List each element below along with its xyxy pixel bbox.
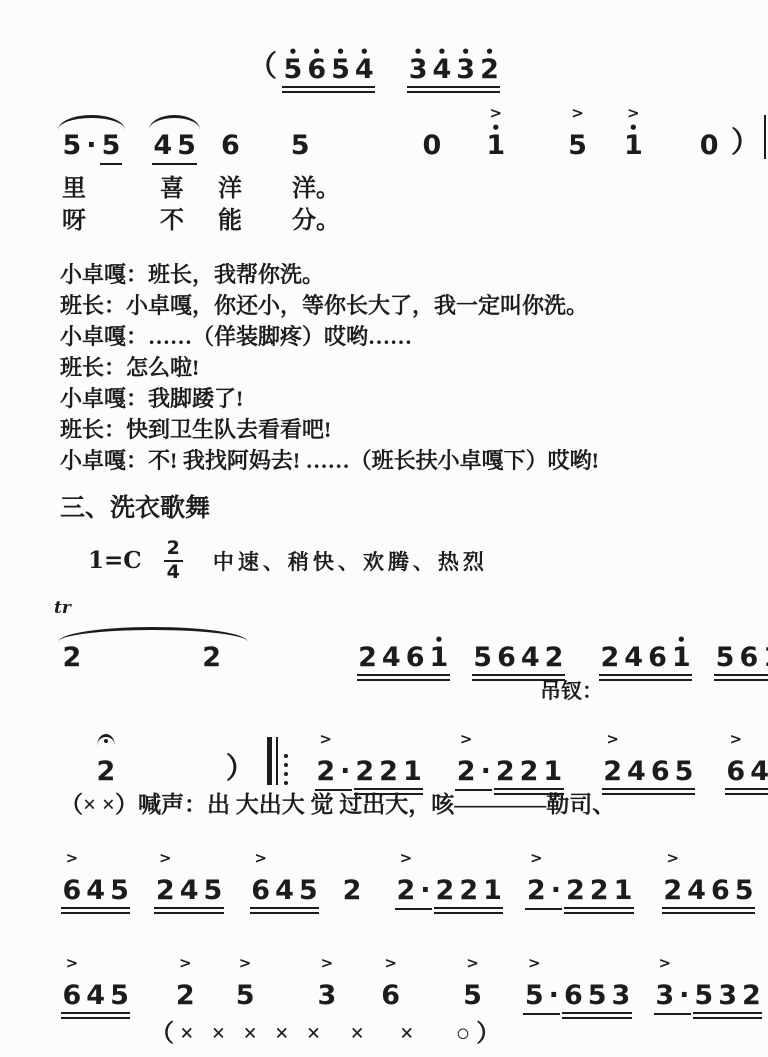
- accent-mark: >: [249, 851, 273, 866]
- note-digit: 5: [672, 758, 696, 785]
- octave-dot: •: [478, 45, 502, 60]
- note-digit: 6>: [60, 982, 84, 1009]
- note-figures: 5>: [461, 982, 485, 1009]
- note-figures: 2>·: [454, 758, 493, 785]
- octave-dot: •: [427, 633, 451, 648]
- note-digit: 2>: [173, 982, 197, 1009]
- accent-mark: >: [653, 956, 677, 971]
- note-group: 3>·532: [653, 982, 763, 1009]
- dialogue-line: 班长：快到卫生队去看看吧!: [60, 414, 768, 445]
- note-figures: 2: [60, 644, 84, 671]
- note-group: 6>: [379, 982, 403, 1009]
- note-group: 5>: [233, 982, 257, 1009]
- percussion-label: 吊钗：: [0, 679, 768, 703]
- accent-mark: >: [315, 956, 339, 971]
- lyric-syllable: 里: [62, 173, 160, 205]
- note-figures: 2: [94, 758, 118, 785]
- note-digit: 2>: [601, 758, 625, 785]
- octave-dot: •: [430, 45, 454, 60]
- note-digit: 5>: [566, 132, 590, 159]
- accent-mark: >: [724, 732, 748, 747]
- note-figures: ·: [84, 132, 99, 159]
- note-digit: 5: [288, 132, 312, 159]
- note-digit: 2>: [661, 877, 685, 904]
- note-group: 2>·221: [454, 758, 564, 785]
- note-figures: 5•6•5•4•: [281, 56, 376, 83]
- octave-dot: •: [484, 121, 508, 136]
- note-digit: 2: [587, 877, 611, 904]
- note-group: 2461•: [356, 644, 451, 671]
- note-digit: 6: [737, 644, 761, 671]
- note-figures: 2: [340, 877, 364, 904]
- note-group: 0: [697, 132, 721, 159]
- note-figures: 1•>: [484, 132, 508, 159]
- music-line-pickup: （5•6•5•4•3•4•3•2•: [0, 34, 768, 91]
- octave-dot: •: [406, 45, 430, 60]
- dialogue-line: 班长：怎么啦!: [60, 352, 768, 383]
- note-digit: 4: [379, 644, 403, 671]
- note-group: 2>·221: [394, 877, 504, 904]
- note-figures: 5642: [471, 644, 566, 671]
- note-digit: 5: [585, 982, 609, 1009]
- note-group: 1•>: [621, 132, 645, 159]
- accent-mark: >: [314, 732, 338, 747]
- note-group: 2: [200, 644, 224, 671]
- note-digit: ·: [677, 982, 692, 1009]
- note-group: 2>·221: [524, 877, 634, 904]
- note-digit: ·: [546, 982, 561, 1009]
- note-digit: ·: [548, 877, 563, 904]
- octave-dot: •: [305, 45, 329, 60]
- note-digit: 1•: [761, 644, 768, 671]
- note-digit: ·: [338, 758, 353, 785]
- note-digit: 2: [739, 982, 763, 1009]
- accent-mark: >: [601, 732, 625, 747]
- note-figures: 5>: [566, 132, 590, 159]
- lyric-syllable: 能: [218, 205, 292, 237]
- note-group: 2: [340, 877, 364, 904]
- note-digit: 0: [420, 132, 444, 159]
- note-figures: 221: [433, 877, 504, 904]
- note-figures: 2>465: [601, 758, 696, 785]
- note-figures: 2>·: [394, 877, 433, 904]
- note-digit: 4: [748, 758, 768, 785]
- slur-arc: [149, 115, 201, 130]
- note-digit: 5: [692, 982, 716, 1009]
- note-group: 6>45: [60, 982, 131, 1009]
- note-figures: 45: [151, 132, 199, 159]
- accent-mark: >: [566, 106, 590, 121]
- music-line-repeat: 2）2>·2212>·2212>4656>45: [0, 703, 768, 789]
- note-digit: 1: [400, 758, 424, 785]
- note-figures: 0: [420, 132, 444, 159]
- note-digit: 1: [481, 877, 505, 904]
- note-group: 5: [288, 132, 312, 159]
- octave-dot: •: [281, 45, 305, 60]
- note-digit: 5•: [329, 56, 353, 83]
- lyric-syllable: 喜: [160, 173, 218, 205]
- note-group: 5>·653: [522, 982, 632, 1009]
- note-figures: 221: [563, 877, 634, 904]
- time-signature-denominator: 4: [167, 562, 180, 584]
- note-group: 45: [151, 132, 199, 159]
- note-digit: 6>: [379, 982, 403, 1009]
- dialogue-line: 小卓嘎：不! 我找阿妈去! ……（班长扶小卓嘎下）哎哟!: [60, 445, 768, 476]
- note-group: 5•6•5•4•: [281, 56, 376, 83]
- note-group: 6: [218, 132, 242, 159]
- dialogue-line: 小卓嘎：……（佯装脚疼）哎哟……: [60, 321, 768, 352]
- note-digit: 5: [108, 982, 132, 1009]
- accent-mark: >: [153, 851, 177, 866]
- note-figures: 2>45: [153, 877, 224, 904]
- note-digit: 6•: [305, 56, 329, 83]
- note-digit: 2: [60, 644, 84, 671]
- note-figures: 6>45: [724, 758, 768, 785]
- note-figures: 5>·: [522, 982, 561, 1009]
- note-digit: 2>: [524, 877, 548, 904]
- note-digit: 2: [563, 877, 587, 904]
- note-digit: 6: [708, 877, 732, 904]
- note-digit: 2: [542, 644, 566, 671]
- note-figures: 2>465: [661, 877, 756, 904]
- final-barline: [764, 115, 768, 159]
- note-group: 2: [94, 758, 118, 785]
- note-figures: 5: [288, 132, 312, 159]
- note-digit: 3: [609, 982, 633, 1009]
- note-digit: 2•: [478, 56, 502, 83]
- section-title: 三、洗衣歌舞: [0, 494, 768, 524]
- note-digit: 2: [200, 644, 224, 671]
- note-digit: 4: [625, 758, 649, 785]
- music-line-trill: 2tr22461•56422461•561•3•: [0, 584, 768, 679]
- note-figures: 1•>: [621, 132, 645, 159]
- note-digit: 3>: [315, 982, 339, 1009]
- note-digit: 3•: [454, 56, 478, 83]
- note-digit: 5•: [281, 56, 305, 83]
- note-digit: ·: [418, 877, 433, 904]
- note-figures: 2>: [173, 982, 197, 1009]
- accent-mark: >: [522, 956, 546, 971]
- note-figures: 3>·: [653, 982, 692, 1009]
- octave-dot: •: [761, 633, 768, 648]
- note-figures: 6>45: [60, 877, 131, 904]
- note-digit: 6>: [60, 877, 84, 904]
- note-group: 3>: [315, 982, 339, 1009]
- octave-dot: •: [454, 45, 478, 60]
- note-digit: 5: [732, 877, 756, 904]
- note-digit: 6: [495, 644, 519, 671]
- dialogue-block: 小卓嘎：班长，我帮你洗。班长：小卓嘎，你还小，等你长大了，我一定叫你洗。小卓嘎：…: [0, 259, 768, 476]
- note-digit: 5>: [522, 982, 546, 1009]
- note-group: 6>45: [60, 877, 131, 904]
- accent-mark: >: [484, 106, 508, 121]
- note-group: 2>·221: [314, 758, 424, 785]
- trill-mark: tr: [54, 600, 71, 617]
- note-figures: 561•3•: [713, 644, 768, 671]
- note-digit: 2: [356, 644, 380, 671]
- note-digit: ·: [478, 758, 493, 785]
- note-figures: 0: [697, 132, 721, 159]
- note-digit: 2: [598, 644, 622, 671]
- note-figures: 221: [493, 758, 564, 785]
- accent-mark: >: [233, 956, 257, 971]
- note-group: 5>: [461, 982, 485, 1009]
- note-group: 5>: [566, 132, 590, 159]
- accent-mark: >: [379, 956, 403, 971]
- note-digit: 4•: [352, 56, 376, 83]
- lyric-syllable: 洋。: [292, 173, 340, 205]
- note-group: 561•3•: [713, 644, 768, 671]
- note-digit: 4: [84, 877, 108, 904]
- note-digit: 5: [99, 132, 123, 159]
- dialogue-line: 小卓嘎：我脚踒了!: [60, 383, 768, 414]
- note-digit: 2: [493, 758, 517, 785]
- note-digit: 1•: [427, 644, 451, 671]
- note-digit: 2>: [153, 877, 177, 904]
- note-digit: 4•: [430, 56, 454, 83]
- note-digit: 6>: [724, 758, 748, 785]
- note-figures: 6>45: [60, 982, 131, 1009]
- accent-mark: >: [394, 851, 418, 866]
- accent-mark: >: [461, 956, 485, 971]
- lyric-syllable: 呀: [62, 205, 160, 237]
- note-digit: 2>: [454, 758, 478, 785]
- note-digit: 5: [175, 132, 199, 159]
- octave-dot: •: [669, 633, 693, 648]
- note-group: 2>465: [601, 758, 696, 785]
- slur-arc: [58, 627, 248, 642]
- note-figures: 5: [60, 132, 84, 159]
- note-figures: 532: [692, 982, 763, 1009]
- music-paren: ）: [731, 128, 760, 159]
- music-paren: （: [248, 52, 277, 83]
- lyric-syllable: 洋: [218, 173, 292, 205]
- accent-mark: >: [621, 106, 645, 121]
- note-group: 2tr: [60, 644, 84, 671]
- music-line-pattern-1: 6>452>456>4522>·2212>·2212>4656>456>452>…: [0, 831, 768, 920]
- note-digit: 3: [716, 982, 740, 1009]
- note-figures: 2: [200, 644, 224, 671]
- note-digit: 5: [471, 644, 495, 671]
- note-group: 3•4•3•2•: [406, 56, 501, 83]
- note-digit: 2>: [314, 758, 338, 785]
- music-line-vocal: 5·5456501•>5>1•>0）: [0, 91, 768, 173]
- note-group: 5642: [471, 644, 566, 671]
- note-figures: 3•4•3•2•: [406, 56, 501, 83]
- slur-arc: [58, 115, 125, 130]
- lyric-row-2: 呀不能分。: [0, 205, 768, 237]
- note-digit: 5: [201, 877, 225, 904]
- note-digit: 4: [518, 644, 542, 671]
- note-figures: 221: [353, 758, 424, 785]
- note-digit: 4: [177, 877, 201, 904]
- sheet-music-page: （5•6•5•4•3•4•3•2• 5·5456501•>5>1•>0） 里喜洋…: [0, 0, 768, 1057]
- note-figures: 6: [218, 132, 242, 159]
- note-group: 5·5: [60, 132, 123, 159]
- music-line-pattern-2: 6>452>5>3>6>5>5>·6533>·5321•>·2166•: [0, 936, 768, 1025]
- accent-mark: >: [454, 732, 478, 747]
- note-digit: ·: [84, 132, 99, 159]
- note-digit: 3>: [653, 982, 677, 1009]
- note-digit: 1•>: [621, 132, 645, 159]
- note-group: 1•>: [484, 132, 508, 159]
- note-digit: 5>: [461, 982, 485, 1009]
- note-digit: 1•: [669, 644, 693, 671]
- accent-mark: >: [60, 851, 84, 866]
- note-digit: 2: [340, 877, 364, 904]
- note-digit: 5: [60, 132, 84, 159]
- note-group: 6>45: [249, 877, 320, 904]
- note-figures: 3>: [315, 982, 339, 1009]
- note-group: 6>45: [724, 758, 768, 785]
- note-figures: 653: [561, 982, 632, 1009]
- accent-mark: >: [60, 956, 84, 971]
- key-signature: 1=C: [88, 547, 142, 574]
- note-figures: 2461•: [356, 644, 451, 671]
- note-group: 2>45: [153, 877, 224, 904]
- note-digit: 6: [561, 982, 585, 1009]
- note-digit: 4: [685, 877, 709, 904]
- note-figures: 5>: [233, 982, 257, 1009]
- note-figures: 2461•: [598, 644, 693, 671]
- key-signature-line: 1=C 2 4 中速、稍快、欢腾、热烈: [0, 538, 768, 584]
- note-digit: 5: [296, 877, 320, 904]
- note-digit: 4: [151, 132, 175, 159]
- accent-mark: >: [173, 956, 197, 971]
- note-digit: 1: [541, 758, 565, 785]
- note-digit: 6: [648, 758, 672, 785]
- note-group: 2>: [173, 982, 197, 1009]
- note-digit: 1•>: [484, 132, 508, 159]
- lyric-row-1: 里喜洋洋。: [0, 173, 768, 205]
- dialogue-line: 班长：小卓嘎，你还小，等你长大了，我一定叫你洗。: [60, 290, 768, 321]
- note-figures: 2>·: [314, 758, 353, 785]
- note-digit: 2: [517, 758, 541, 785]
- note-digit: 2: [457, 877, 481, 904]
- lyric-syllable: 分。: [292, 205, 340, 237]
- note-group: 2>465: [661, 877, 756, 904]
- note-digit: 6: [646, 644, 670, 671]
- note-digit: 2: [353, 758, 377, 785]
- note-group: 0: [420, 132, 444, 159]
- lyric-syllable: 不: [160, 205, 218, 237]
- note-digit: 2: [94, 758, 118, 785]
- note-digit: 1: [611, 877, 635, 904]
- note-digit: 2: [377, 758, 401, 785]
- accent-mark: >: [661, 851, 685, 866]
- note-digit: 5: [108, 877, 132, 904]
- accent-mark: >: [524, 851, 548, 866]
- note-figures: 2>·: [524, 877, 563, 904]
- note-digit: 2>: [394, 877, 418, 904]
- octave-dot: •: [352, 45, 376, 60]
- octave-dot: •: [329, 45, 353, 60]
- note-digit: 5>: [233, 982, 257, 1009]
- note-digit: 6: [403, 644, 427, 671]
- tempo-marking: 中速、稍快、欢腾、热烈: [213, 546, 488, 576]
- music-paren: ）: [226, 754, 255, 785]
- begin-repeat-barline: [267, 737, 288, 785]
- note-figures: 6>: [379, 982, 403, 1009]
- note-digit: 6>: [249, 877, 273, 904]
- time-signature: 2 4: [164, 538, 183, 584]
- note-figures: 5: [99, 132, 123, 159]
- note-figures: 6>45: [249, 877, 320, 904]
- note-digit: 2: [433, 877, 457, 904]
- note-digit: 0: [697, 132, 721, 159]
- note-digit: 4: [84, 982, 108, 1009]
- time-signature-numerator: 2: [164, 538, 183, 562]
- note-digit: 4: [622, 644, 646, 671]
- note-digit: 4: [273, 877, 297, 904]
- dialogue-line: 小卓嘎：班长，我帮你洗。: [60, 259, 768, 290]
- note-digit: 6: [218, 132, 242, 159]
- note-digit: 5: [713, 644, 737, 671]
- note-group: 2461•: [598, 644, 693, 671]
- note-digit: 3•: [406, 56, 430, 83]
- octave-dot: •: [621, 121, 645, 136]
- fermata-mark: [97, 734, 115, 746]
